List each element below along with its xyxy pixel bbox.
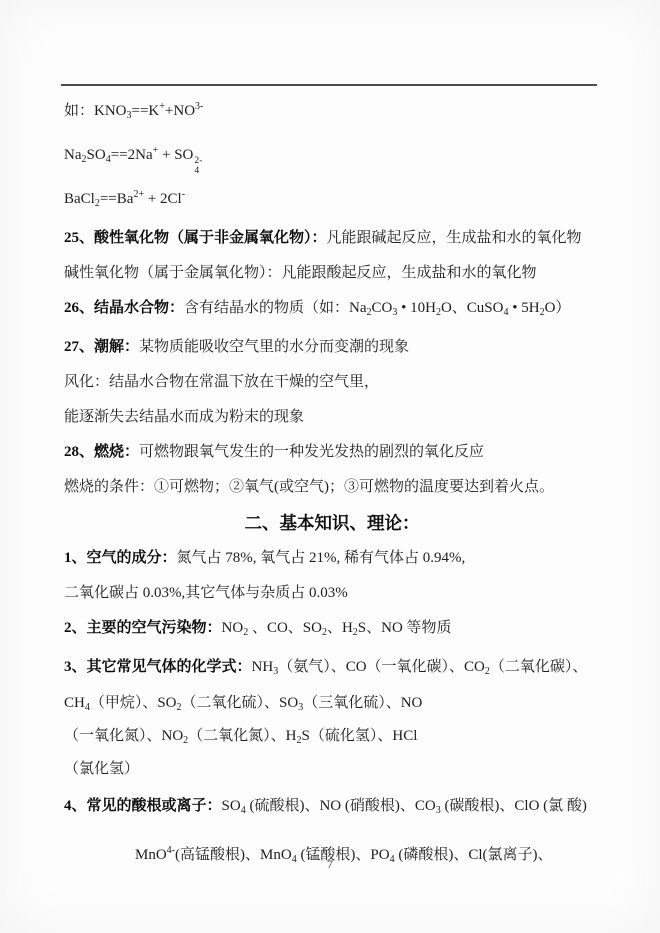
text-line: CH4（甲烷）、SO2（二氧化硫）、SO3（三氧化硫）、NO bbox=[64, 689, 600, 722]
text-line: 27、潮解：某物质能吸收空气里的水分而变潮的现象 bbox=[64, 330, 600, 365]
ion-charge-stack: 2-4 bbox=[194, 157, 202, 176]
text-line: 碱性氧化物（属于金属氧化物）：凡能跟酸起反应，生成盐和水的氧化物 bbox=[64, 256, 600, 291]
section-heading: 二、基本知识、理论： bbox=[64, 505, 600, 541]
text-line: 2、主要的空气污染物：NO2 、CO、SO2、H2S、NO 等物质 bbox=[64, 611, 600, 650]
text-line: 28、燃烧：可燃物跟氧气发生的一种发光发热的剧烈的氧化反应 bbox=[64, 435, 600, 470]
text-line: 26、结晶水合物：含有结晶水的物质（如：Na2CO3 • 10H2O、CuSO4… bbox=[64, 291, 600, 330]
text-line: 能逐渐失去结晶水而成为粉末的现象 bbox=[64, 400, 600, 435]
document-page: 如：KNO3==K++NO3-Na2SO4==2Na+ + SO2-4BaCl2… bbox=[0, 0, 660, 933]
text-line: BaCl2==Ba2+ + 2Cl- bbox=[64, 177, 600, 221]
text-line: 3、其它常见气体的化学式：NH3（氨气）、CO（一氧化碳）、CO2（二氧化碳）、 bbox=[64, 650, 600, 689]
text-line: 风化：结晶水合物在常温下放在干燥的空气里， bbox=[64, 365, 600, 400]
text-line: 25、酸性氧化物（属于非金属氧化物）：凡能跟碱起反应，生成盐和水的氧化物 bbox=[64, 221, 600, 256]
text-line: Na2SO4==2Na+ + SO2-4 bbox=[64, 133, 600, 177]
text-line: 4、常见的酸根或离子：SO4 (硫酸根)、NO (硝酸根)、CO3 (碳酸根)、… bbox=[64, 789, 600, 828]
page-number: 7 bbox=[0, 857, 660, 872]
text-line: 燃烧的条件：①可燃物；②氧气(或空气)；③可燃物的温度要达到着火点。 bbox=[64, 470, 600, 505]
text-line: （一氧化氮）、NO2（二氧化氮）、H2S（硫化氢）、HCl bbox=[64, 722, 600, 755]
text-line: 二氧化碳占 0.03%,其它气体与杂质占 0.03% bbox=[64, 576, 600, 611]
text-line: 如：KNO3==K++NO3- bbox=[64, 89, 600, 133]
header-rule bbox=[61, 84, 597, 86]
document-body: 如：KNO3==K++NO3-Na2SO4==2Na+ + SO2-4BaCl2… bbox=[64, 89, 600, 877]
text-line: 1、空气的成分：氮气占 78%, 氧气占 21%, 稀有气体占 0.94%, bbox=[64, 541, 600, 576]
text-line: （氯化氢） bbox=[64, 755, 600, 783]
